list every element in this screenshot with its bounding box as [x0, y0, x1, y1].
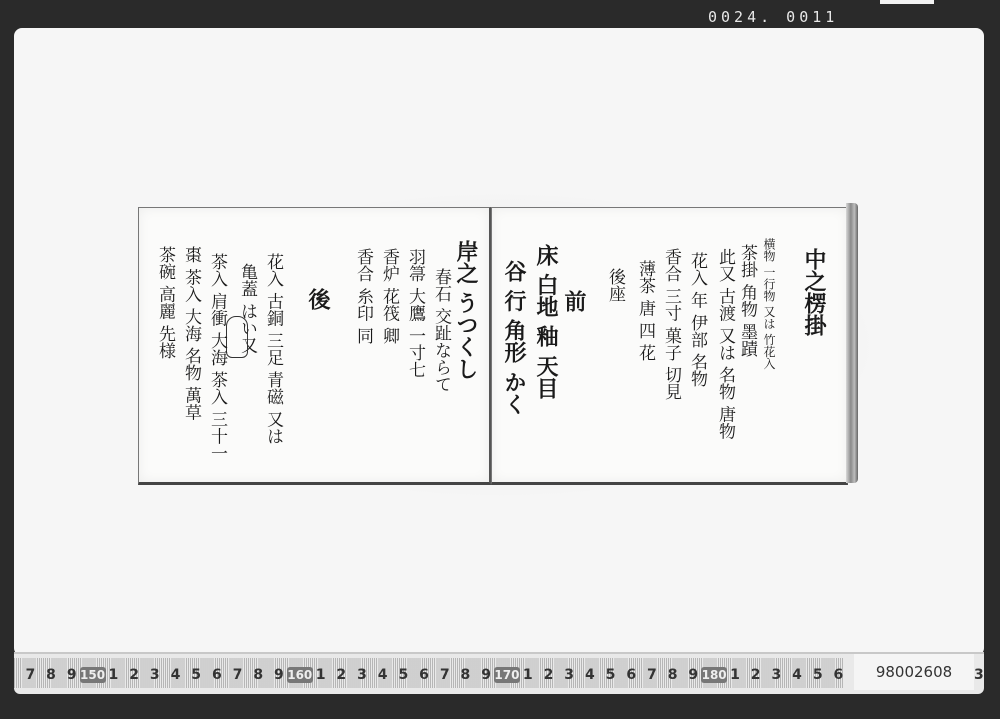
vase-sketch-icon: [226, 316, 248, 358]
text-column: 谷 行 角形 かく: [503, 260, 525, 415]
page-title: 中之楞掛: [803, 248, 825, 336]
text-column: 春石 交趾ならて: [432, 268, 449, 392]
text-column: 棗 茶入 大海 名物 萬草: [182, 246, 199, 421]
text-column: 横物 一行物 又は 竹花入: [763, 238, 775, 369]
text-column: 後座: [606, 268, 623, 302]
section-heading-after: 後: [307, 288, 329, 310]
text-column: 床 白地 釉 天目: [535, 244, 557, 399]
catalog-number: 98002608: [854, 654, 974, 690]
ruler-numbers: 789 150 123456789 160 123456789 170 1234…: [20, 667, 849, 683]
text-column: 羽箒 大鷹 一寸七: [406, 248, 423, 378]
page-block-edge: [846, 203, 858, 483]
text-column: 岸之 うつくし: [455, 240, 477, 380]
text-column: 薄茶 唐 四 花: [636, 260, 653, 361]
left-page: 岸之 うつくし 春石 交趾ならて 羽箒 大鷹 一寸七 香炉 花筏 卿 香合 糸印…: [138, 207, 491, 485]
text-column: 此又 古渡 又は 名物 唐物: [716, 248, 733, 440]
text-column: 花入 古銅 三足 青磁 又は: [264, 253, 281, 445]
text-column: 香合 糸印 同: [354, 248, 371, 344]
film-tab: [880, 0, 934, 4]
text-column: 茶掛 角物 墨蹟: [738, 244, 755, 357]
text-column: 花入 年 伊部 名物: [688, 252, 705, 387]
text-column: 茶碗 高麗 先様: [156, 246, 173, 359]
text-column: 茶入 肩衝 大海 茶入 三十一: [208, 253, 225, 462]
section-heading-front: 前: [563, 290, 585, 312]
right-page: 中之楞掛 横物 一行物 又は 竹花入 茶掛 角物 墨蹟 此又 古渡 又は 名物 …: [491, 207, 848, 485]
text-column: 香合 三寸 菓子 切見: [662, 248, 679, 400]
open-book: 岸之 うつくし 春石 交趾ならて 羽箒 大鷹 一寸七 香炉 花筏 卿 香合 糸印…: [138, 203, 858, 486]
ruler-tail-digit: 3: [974, 667, 984, 683]
frame-id-label: 0024. 0011: [708, 8, 838, 26]
text-column: 香炉 花筏 卿: [380, 248, 397, 344]
measuring-ruler: 789 150 123456789 160 123456789 170 1234…: [14, 652, 984, 694]
